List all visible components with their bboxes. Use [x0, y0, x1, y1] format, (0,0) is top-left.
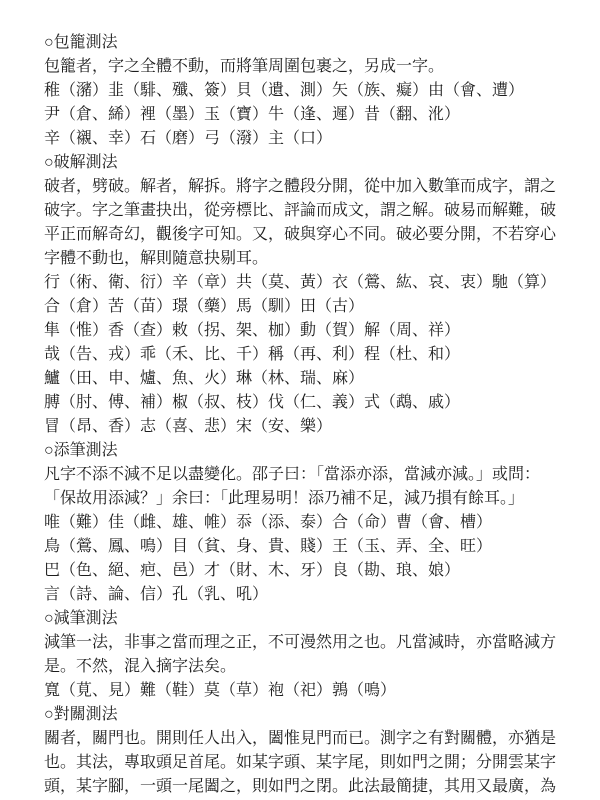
example-line: 巴（色、絕、疤、邑）才（財、木、牙）良（勘、琅、娘） — [44, 559, 574, 583]
paragraph-line: 也。其法，專取頭足首尾。如某字頭、某字尾，則如門之開；分開雲某字 — [44, 751, 574, 775]
example-line: 辛（襯、幸）石（磨）弓（潑）主（口） — [44, 127, 574, 151]
example-line: 唯（難）佳（雌、雄、帷）忝（添、泰）合（命）曹（會、槽） — [44, 511, 574, 535]
paragraph-line: 破者，劈破。解者，解拆。將字之體段分開，從中加入數筆而成字，謂之 — [44, 175, 574, 199]
example-line: 鳥（鶯、鳳、鳴）目（貧、身、貴、賤）王（玉、弄、全、旺） — [44, 535, 574, 559]
paragraph-line: 包籠者，字之全體不動，而將筆周圍包裹之，另成一字。 — [44, 55, 574, 79]
paragraph-line: 「保故用添減？」余曰：「此理易明！添乃補不足，減乃損有餘耳。」 — [44, 487, 574, 511]
section-heading-tianbi: ○添筆測法 — [44, 439, 574, 463]
paragraph-line: 關者，關門也。開則任人出入，闔惟見門而已。測字之有對關體，亦猶是 — [44, 727, 574, 751]
example-line: 言（詩、論、信）孔（乳、吼） — [44, 583, 574, 607]
example-line: 哉（告、戎）乖（禾、比、千）稱（再、利）程（杜、和） — [44, 343, 574, 367]
example-line: 行（術、衛、衍）辛（章）共（莫、黃）衣（鶯、紘、哀、衷）馳（算） — [44, 271, 574, 295]
section-heading-baolong: ○包籠測法 — [44, 31, 574, 55]
example-line: 尹（倉、絺）裡（墨）玉（寶）牛（逢、遲）昔（翻、沎） — [44, 103, 574, 127]
example-line: 隼（惟）香（查）敕（拐、架、枷）動（賀）解（周、祥） — [44, 319, 574, 343]
section-heading-duiguan: ○對關測法 — [44, 703, 574, 727]
section-heading-jianbi: ○減筆測法 — [44, 607, 574, 631]
document-page: ○包籠測法 包籠者，字之全體不動，而將筆周圍包裹之，另成一字。 稚（瀦）韭（騑、… — [0, 0, 600, 800]
paragraph-line: 減筆一法，非事之當而理之正，不可漫然用之也。凡當減時，亦當略減方 — [44, 631, 574, 655]
paragraph-line: 破字。字之筆畫抉出，從旁標比、評論而成文，謂之解。破易而解難，破 — [44, 199, 574, 223]
example-line: 稚（瀦）韭（騑、殲、簽）貝（遺、測）矢（族、癡）由（會、遭） — [44, 79, 574, 103]
example-line: 膊（肘、傅、補）椒（叔、枝）伐（仁、義）式（鵡、戚） — [44, 391, 574, 415]
paragraph-line: 凡字不添不減不足以盡變化。邵子曰：「當添亦添，當減亦減。」或問： — [44, 463, 574, 487]
example-line: 合（倉）苦（苗）璟（藥）馬（馴）田（古） — [44, 295, 574, 319]
paragraph-line: 平正而解奇幻，觀後字可知。又，破與穿心不同。破必要分開，不若穿心 — [44, 223, 574, 247]
example-line: 冒（昂、香）志（喜、悲）宋（安、樂） — [44, 415, 574, 439]
paragraph-line: 是。不然，混入摘字法矣。 — [44, 655, 574, 679]
example-line: 鱸（田、申、爐、魚、火）琳（林、瑞、麻） — [44, 367, 574, 391]
example-line: 寬（莧、見）難（鞋）莫（草）袍（祀）鶉（鳴） — [44, 679, 574, 703]
paragraph-line: 字體不動也，解則隨意抉剔耳。 — [44, 247, 574, 271]
section-heading-pojie: ○破解測法 — [44, 151, 574, 175]
paragraph-line: 頭，某字腳，一頭一尾闔之，則如門之閉。此法最簡捷，其用又最廣，為 — [44, 775, 574, 799]
